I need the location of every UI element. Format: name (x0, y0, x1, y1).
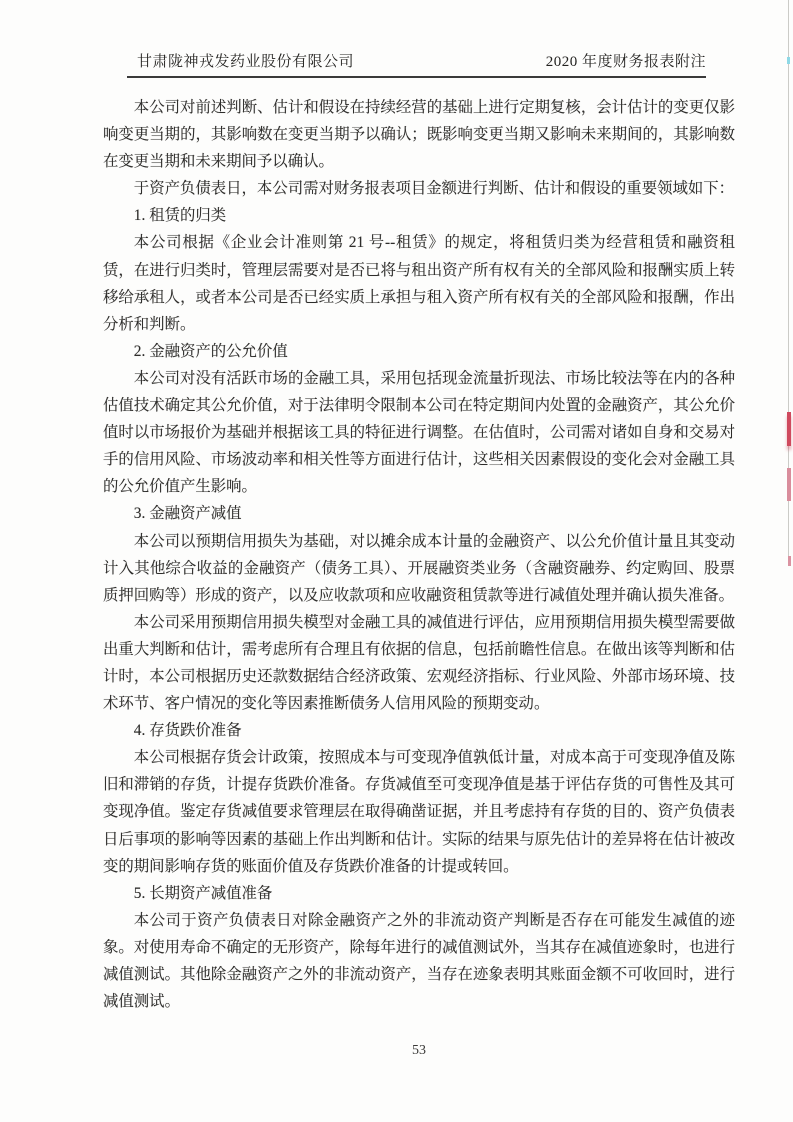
paragraph-inventory-provision: 本公司根据存货会计政策，按照成本与可变现净值孰低计量，对成本高于可变现净值及陈旧… (103, 744, 735, 879)
paragraph-lease-classification: 本公司根据《企业会计准则第 21 号--租赁》的规定，将租赁归类为经营租赁和融资… (103, 229, 735, 337)
paragraph-fair-value: 本公司对没有活跃市场的金融工具，采用包括现金流量折现法、市场比较法等在内的各种估… (103, 365, 735, 500)
section-heading-3-impairment: 3. 金融资产减值 (103, 500, 735, 527)
scan-red-mark-bottom (788, 556, 791, 566)
company-name: 甘肃陇神戎发药业股份有限公司 (127, 50, 354, 71)
paragraph-longterm-impairment: 本公司于资产负债表日对除金融资产之外的非流动资产判断是否存在可能发生减值的迹象。… (103, 907, 735, 1015)
document-body: 本公司对前述判断、估计和假设在持续经营的基础上进行定期复核，会计估计的变更仅影响… (103, 94, 735, 1015)
section-heading-5-longterm-impairment: 5. 长期资产减值准备 (103, 880, 735, 907)
section-heading-1-lease-classification: 1. 租赁的归类 (103, 202, 735, 229)
paragraph-accounting-estimates: 本公司对前述判断、估计和假设在持续经营的基础上进行定期复核，会计估计的变更仅影响… (103, 94, 735, 175)
scan-cyan-speck (787, 57, 790, 64)
scan-red-mark-middle (787, 468, 791, 501)
scan-red-mark-top (787, 412, 791, 446)
paragraph-ecl-model: 本公司采用预期信用损失模型对金融工具的减值进行评估，应用预期信用损失模型需要做出… (103, 609, 735, 717)
section-heading-4-inventory-provision: 4. 存货跌价准备 (103, 717, 735, 744)
section-heading-2-fair-value: 2. 金融资产的公允价值 (103, 338, 735, 365)
report-title: 2020 年度财务报表附注 (546, 50, 706, 71)
paragraph-key-areas-intro: 于资产负债表日，本公司需对财务报表项目金额进行判断、估计和假设的重要领域如下： (103, 175, 735, 202)
page-number: 53 (103, 1043, 735, 1059)
document-page: 甘肃陇神戎发药业股份有限公司 2020 年度财务报表附注 本公司对前述判断、估计… (0, 0, 793, 1122)
page-header: 甘肃陇神戎发药业股份有限公司 2020 年度财务报表附注 (127, 50, 706, 78)
paragraph-impairment-scope: 本公司以预期信用损失为基础，对以摊余成本计量的金融资产、以公允价值计量且其变动计… (103, 528, 735, 609)
